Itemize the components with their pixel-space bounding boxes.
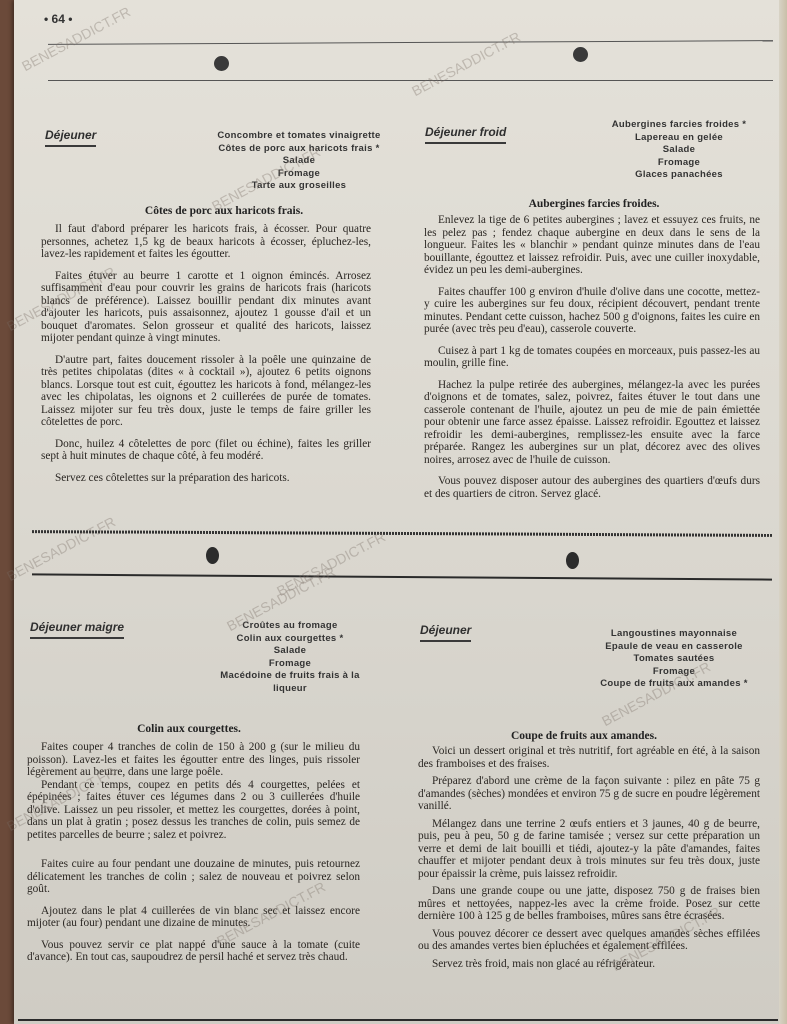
- recipe-title: Côtes de porc aux haricots frais.: [44, 205, 404, 217]
- meal-label: Déjeuner: [45, 128, 96, 147]
- meal-label: Déjeuner froid: [425, 125, 506, 144]
- paragraph: Donc, huilez 4 côtelettes de porc (filet…: [41, 438, 371, 463]
- bullet-dot: [206, 547, 219, 564]
- menu-item: Côtes de porc aux haricots frais *: [199, 143, 399, 156]
- recipe-body: Voici un dessert original et très nutrit…: [418, 745, 760, 975]
- paragraph: Enlevez la tige de 6 petites aubergines …: [424, 214, 760, 277]
- menu-item: Glaces panachées: [594, 169, 764, 182]
- paragraph: Hachez la pulpe retirée des aubergines, …: [424, 379, 760, 467]
- meal-label: Déjeuner maigre: [30, 620, 124, 639]
- paragraph: Vous pouvez décorer ce dessert avec quel…: [418, 928, 760, 953]
- top-rule-lower: [48, 80, 773, 81]
- paragraph: Vous pouvez disposer autour des aubergin…: [424, 475, 760, 500]
- menu-list: Aubergines farcies froides * Lapereau en…: [594, 119, 764, 182]
- cookbook-page: • 64 • Déjeuner Concombre et tomates vin…: [14, 0, 787, 1024]
- menu-item: Aubergines farcies froides *: [594, 119, 764, 132]
- meal-label: Déjeuner: [420, 623, 471, 642]
- paragraph: Cuisez à part 1 kg de tomates coupées en…: [424, 345, 760, 370]
- recipe-body: Enlevez la tige de 6 petites aubergines …: [424, 214, 760, 509]
- middle-dashed-rule: [32, 530, 772, 537]
- paragraph: Vous pouvez servir ce plat nappé d'une s…: [27, 939, 360, 964]
- menu-item: Concombre et tomates vinaigrette: [199, 130, 399, 143]
- menu-item: Fromage: [579, 666, 769, 679]
- recipe-body: Faites cuire au four pendant une douzain…: [27, 858, 360, 973]
- paragraph: Voici un dessert original et très nutrit…: [418, 745, 760, 770]
- menu-item: Salade: [594, 144, 764, 157]
- menu-list: Croûtes au fromage Colin aux courgettes …: [190, 620, 390, 695]
- paragraph: Ajoutez dans le plat 4 cuillerées de vin…: [27, 905, 360, 930]
- watermark: BENESADDICT.FR: [19, 3, 133, 74]
- menu-item: liqueur: [190, 683, 390, 696]
- menu-item: Croûtes au fromage: [190, 620, 390, 633]
- menu-item: Fromage: [190, 658, 390, 671]
- menu-item: Fromage: [594, 157, 764, 170]
- page-number: • 64 •: [44, 12, 72, 26]
- menu-item: Lapereau en gelée: [594, 132, 764, 145]
- paragraph: Dans une grande coupe ou une jatte, disp…: [418, 885, 760, 923]
- paragraph: Faites cuire au four pendant une douzain…: [27, 858, 360, 896]
- menu-item: Macédoine de fruits frais à la: [190, 670, 390, 683]
- menu-item: Tarte aux groseilles: [199, 180, 399, 193]
- bullet-dot: [566, 552, 579, 569]
- paragraph: Faites étuver au beurre 1 carotte et 1 o…: [41, 270, 371, 345]
- watermark: BENESADDICT.FR: [274, 528, 388, 599]
- bullet-dot: [214, 56, 229, 71]
- recipe-title: Aubergines farcies froides.: [464, 198, 724, 210]
- menu-list: Concombre et tomates vinaigrette Côtes d…: [199, 130, 399, 193]
- paragraph: Servez très froid, mais non glacé au réf…: [418, 958, 760, 971]
- watermark: BENESADDICT.FR: [409, 28, 523, 99]
- paragraph: Pendant ce temps, coupez en petits dés 4…: [27, 779, 360, 842]
- recipe-body: Faites couper 4 tranches de colin de 150…: [27, 741, 360, 841]
- menu-item: Colin aux courgettes *: [190, 633, 390, 646]
- top-rule-upper: [48, 40, 773, 45]
- recipe-title: Coupe de fruits aux amandes.: [474, 730, 694, 742]
- paragraph: Préparez d'abord une crème de la façon s…: [418, 775, 760, 813]
- paragraph: Servez ces côtelettes sur la préparation…: [41, 472, 371, 485]
- menu-item: Tomates sautées: [579, 653, 769, 666]
- menu-item: Fromage: [199, 168, 399, 181]
- paragraph: Mélangez dans une terrine 2 œufs entiers…: [418, 818, 760, 881]
- bullet-dot: [573, 47, 588, 62]
- menu-list: Langoustines mayonnaise Epaule de veau e…: [579, 628, 769, 691]
- page-edge: [779, 0, 787, 1024]
- menu-item: Langoustines mayonnaise: [579, 628, 769, 641]
- bottom-rule: [18, 1019, 778, 1021]
- menu-item: Epaule de veau en casserole: [579, 641, 769, 654]
- recipe-body: Il faut d'abord préparer les haricots fr…: [41, 223, 371, 493]
- middle-solid-rule: [32, 573, 772, 580]
- menu-item: Coupe de fruits aux amandes *: [579, 678, 769, 691]
- recipe-title: Colin aux courgettes.: [74, 723, 304, 735]
- paragraph: Faites chauffer 100 g environ d'huile d'…: [424, 286, 760, 336]
- paragraph: D'autre part, faites doucement rissoler …: [41, 354, 371, 429]
- paragraph: Il faut d'abord préparer les haricots fr…: [41, 223, 371, 261]
- paragraph: Faites couper 4 tranches de colin de 150…: [27, 741, 360, 779]
- menu-item: Salade: [199, 155, 399, 168]
- menu-item: Salade: [190, 645, 390, 658]
